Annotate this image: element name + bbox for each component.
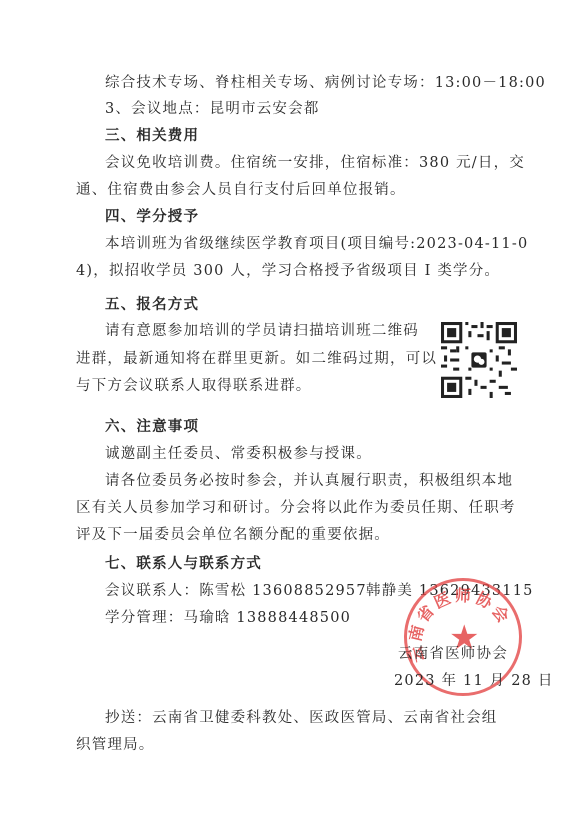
registration-text-1: 请有意愿参加培训的学员请扫描培训班二维码 xyxy=(105,322,419,340)
heading-notes: 六、注意事项 xyxy=(105,418,199,436)
cc-line-1: 抄送：云南省卫健委科教处、医政医管局、云南省社会组 xyxy=(105,709,498,727)
issuing-org: 云南省医师协会 xyxy=(398,645,508,663)
issue-date: 2023 年 11 月 28 日 xyxy=(394,672,554,690)
notes-text-4: 评及下一届委员会单位名额分配的重要依据。 xyxy=(76,526,390,544)
notes-text-2: 请各位委员务必按时参会，并认真履行职责，积极组织本地 xyxy=(105,472,513,490)
fees-text-1: 会议免收培训费。住宿统一安排，住宿标准：380 元/日，交 xyxy=(105,154,525,172)
contact-meeting: 会议联系人：陈雪松 13608852957 xyxy=(105,582,367,600)
qr-code-icon xyxy=(441,322,517,398)
qr-code[interactable] xyxy=(441,322,517,398)
registration-text-2: 进群，最新通知将在群里更新。如二维码过期，可以 xyxy=(76,350,437,368)
heading-fees: 三、相关费用 xyxy=(105,127,199,145)
venue-line: 3、会议地点：昆明市云安会都 xyxy=(105,100,320,118)
notes-text-1: 诚邀副主任委员、常委积极参与授课。 xyxy=(105,445,372,463)
heading-contacts: 七、联系人与联系方式 xyxy=(105,555,262,573)
fees-text-2: 通、住宿费由参会人员自行支付后回单位报销。 xyxy=(76,181,406,199)
heading-credits: 四、学分授予 xyxy=(105,208,199,226)
cc-line-2: 织管理局。 xyxy=(76,736,155,754)
notes-text-3: 区有关人员参加学习和研讨。分会将以此作为委员任期、任职考 xyxy=(76,499,516,517)
credits-text-2: 4)，拟招收学员 300 人，学习合格授予省级项目 I 类学分。 xyxy=(76,262,500,280)
registration-text-3: 与下方会议联系人取得联系进群。 xyxy=(76,377,312,395)
credits-text-1: 本培训班为省级继续医学教育项目(项目编号:2023-04-11-0 xyxy=(105,235,528,253)
schedule-line: 综合技术专场、脊柱相关专场、病例讨论专场：13:00－18:00 xyxy=(105,74,546,92)
contact-credits: 学分管理：马瑜晗 13888448500 xyxy=(105,609,351,627)
heading-registration: 五、报名方式 xyxy=(105,296,199,314)
